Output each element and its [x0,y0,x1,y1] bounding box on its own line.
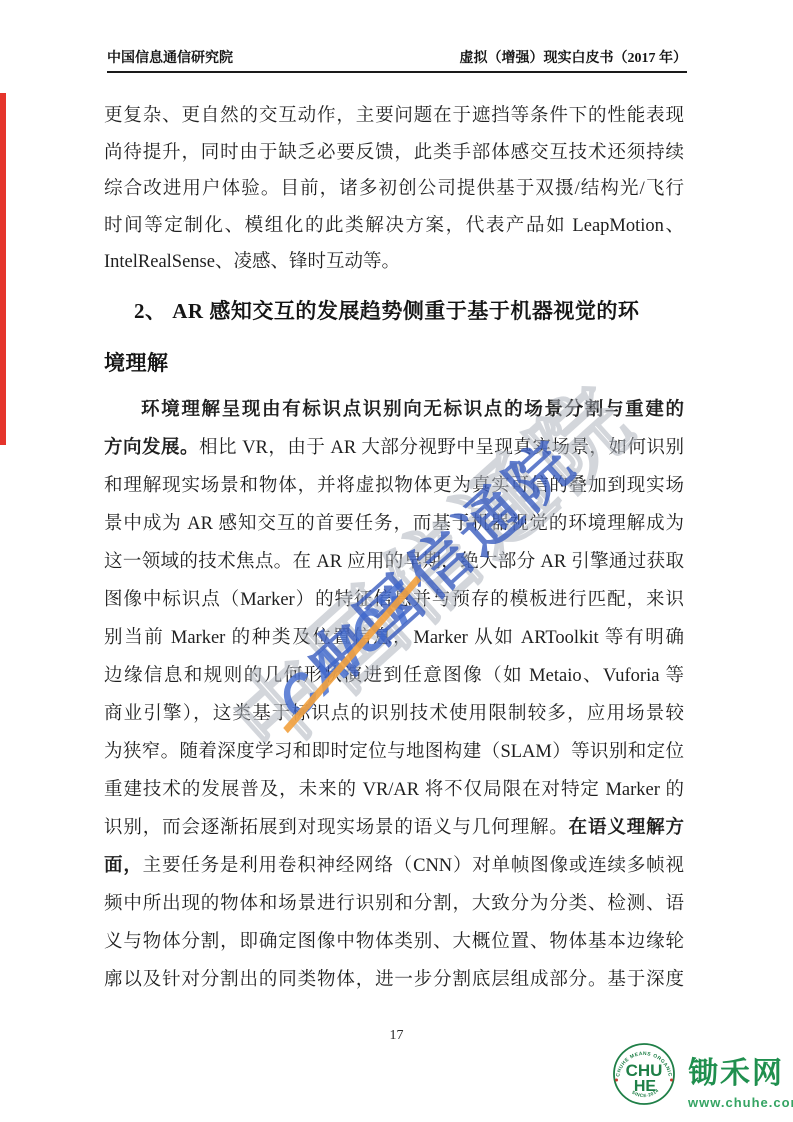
seal-left-dot [615,1079,618,1082]
text-segment: 边缘信息和规则的几何形状演进到任意图像（如 Metaio、Vuforia 等 [104,666,684,686]
header-left-title: 中国信息通信研究院 [107,47,233,67]
text-segment: 相比 VR，由于 AR 大部分视野中呈现真实场景，如何识别 [199,438,684,458]
text-line: 综合改进用户体验。目前，诸多初创公司提供基于双摄/结构光/飞行 [104,171,684,208]
header-right-title: 虚拟（增强）现实白皮书（2017 年） [460,47,688,67]
document-page: 中国信息通信研究院 虚拟（增强）现实白皮书（2017 年） 更复杂、更自然的交互… [0,0,793,1122]
text-segment: 综合改进用户体验。目前，诸多初创公司提供基于双摄/结构光/飞行 [104,179,684,199]
text-segment: 商业引擎），这类基于标识点的识别技术使用限制较多，应用场景较 [104,704,684,724]
text-line: 商业引擎），这类基于标识点的识别技术使用限制较多，应用场景较 [104,695,684,733]
text-segment: 为狭窄。随着深度学习和即时定位与地图构建（SLAM）等识别和定位 [104,742,684,762]
text-line: 2、 AR 感知交互的发展趋势侧重于基于机器视觉的环 [104,285,684,337]
text-segment: 频中所出现的物体和场景进行识别和分割，大致分为分类、检测、语 [104,894,684,914]
bold-text-segment: 环境理解呈现由有标识点识别向无标识点的场景分割与重建的 [141,400,684,420]
chuhe-brand-block: CHUHE MEANS ORGANIC 3.0 CHU HE SINCE·201… [612,1040,787,1112]
text-line: 频中所出现的物体和场景进行识别和分割，大致分为分类、检测、语 [104,885,684,923]
text-line: 面，主要任务是利用卷积神经网络（CNN）对单帧图像或连续多帧视 [104,847,684,885]
chuhe-logo-seal: CHUHE MEANS ORGANIC 3.0 CHU HE SINCE·201… [612,1042,676,1106]
bold-text-segment: 2、 AR 感知交互的发展趋势侧重于基于机器视觉的环 [134,299,639,323]
text-segment: 义与物体分割，即确定图像中物体类别、大概位置、物体基本边缘轮 [104,932,684,952]
text-line: 这一领域的技术焦点。在 AR 应用的早期，绝大部分 AR 引擎通过获取 [104,543,684,581]
text-line: 义与物体分割，即确定图像中物体类别、大概位置、物体基本边缘轮 [104,923,684,961]
brand-name: 锄禾网 [688,1048,793,1092]
bold-text-segment: 境理解 [104,351,169,375]
text-line: 景中成为 AR 感知交互的首要任务，而基于机器视觉的环境理解成为 [104,505,684,543]
text-segment: 主要任务是利用卷积神经网络（CNN）对单帧图像或连续多帧视 [143,856,684,876]
text-line: 廓以及针对分割出的同类物体，进一步分割底层组成部分。基于深度 [104,961,684,999]
text-segment: 尚待提升，同时由于缺乏必要反馈，此类手部体感交互技术还须持续 [104,143,684,163]
paragraph-2: 环境理解呈现由有标识点识别向无标识点的场景分割与重建的方向发展。相比 VR，由于… [104,391,684,999]
text-segment: 图像中标识点（Marker）的特征信息并与预存的模板进行匹配，来识 [104,590,684,610]
text-segment: 和理解现实场景和物体，并将虚拟物体更为真实可信的叠加到现实场 [104,476,684,496]
text-line: 方向发展。相比 VR，由于 AR 大部分视野中呈现真实场景，如何识别 [104,429,684,467]
text-segment: 更复杂、更自然的交互动作，主要问题在于遮挡等条件下的性能表现 [104,106,684,126]
chuhe-brand-text: 锄禾网 www.chuhe.com [688,1048,793,1110]
text-segment: 景中成为 AR 感知交互的首要任务，而基于机器视觉的环境理解成为 [104,514,684,534]
bold-text-segment: 面， [104,856,143,876]
text-line: 别当前 Marker 的种类及位置信息，Marker 从如 ARToolkit … [104,619,684,657]
text-line: 时间等定制化、模组化的此类解决方案，代表产品如 LeapMotion、 [104,208,684,245]
text-segment: 这一领域的技术焦点。在 AR 应用的早期，绝大部分 AR 引擎通过获取 [104,552,684,572]
text-line: 更复杂、更自然的交互动作，主要问题在于遮挡等条件下的性能表现 [104,98,684,135]
text-line: 和理解现实场景和物体，并将虚拟物体更为真实可信的叠加到现实场 [104,467,684,505]
text-segment: 重建技术的发展普及，未来的 VR/AR 将不仅局限在对特定 Marker 的 [104,780,684,800]
text-line: 识别，而会逐渐拓展到对现实场景的语义与几何理解。在语义理解方 [104,809,684,847]
text-line: 尚待提升，同时由于缺乏必要反馈，此类手部体感交互技术还须持续 [104,135,684,172]
text-segment: IntelRealSense、凌感、锋时互动等。 [104,252,400,272]
text-segment: 识别，而会逐渐拓展到对现实场景的语义与几何理解。 [104,818,569,838]
section-heading: 2、 AR 感知交互的发展趋势侧重于基于机器视觉的环境理解 [104,285,684,389]
text-line: 重建技术的发展普及，未来的 VR/AR 将不仅局限在对特定 Marker 的 [104,771,684,809]
paragraph-1: 更复杂、更自然的交互动作，主要问题在于遮挡等条件下的性能表现尚待提升，同时由于缺… [104,98,684,281]
bold-text-segment: 方向发展。 [104,438,199,458]
text-line: IntelRealSense、凌感、锋时互动等。 [104,244,684,281]
text-line: 图像中标识点（Marker）的特征信息并与预存的模板进行匹配，来识 [104,581,684,619]
text-line: 环境理解呈现由有标识点识别向无标识点的场景分割与重建的 [104,391,684,429]
header-divider [107,71,687,73]
text-line: 边缘信息和规则的几何形状演进到任意图像（如 Metaio、Vuforia 等 [104,657,684,695]
text-segment: 别当前 Marker 的种类及位置信息，Marker 从如 ARToolkit … [104,628,684,648]
bold-text-segment: 在语义理解方 [569,818,684,838]
text-segment: 廓以及针对分割出的同类物体，进一步分割底层组成部分。基于深度 [104,970,684,990]
text-line: 为狭窄。随着深度学习和即时定位与地图构建（SLAM）等识别和定位 [104,733,684,771]
brand-url: www.chuhe.com [688,1095,793,1110]
seal-right-dot [670,1079,673,1082]
text-line: 境理解 [104,337,684,389]
revision-bar [0,93,6,445]
text-segment: 时间等定制化、模组化的此类解决方案，代表产品如 LeapMotion、 [104,216,684,236]
